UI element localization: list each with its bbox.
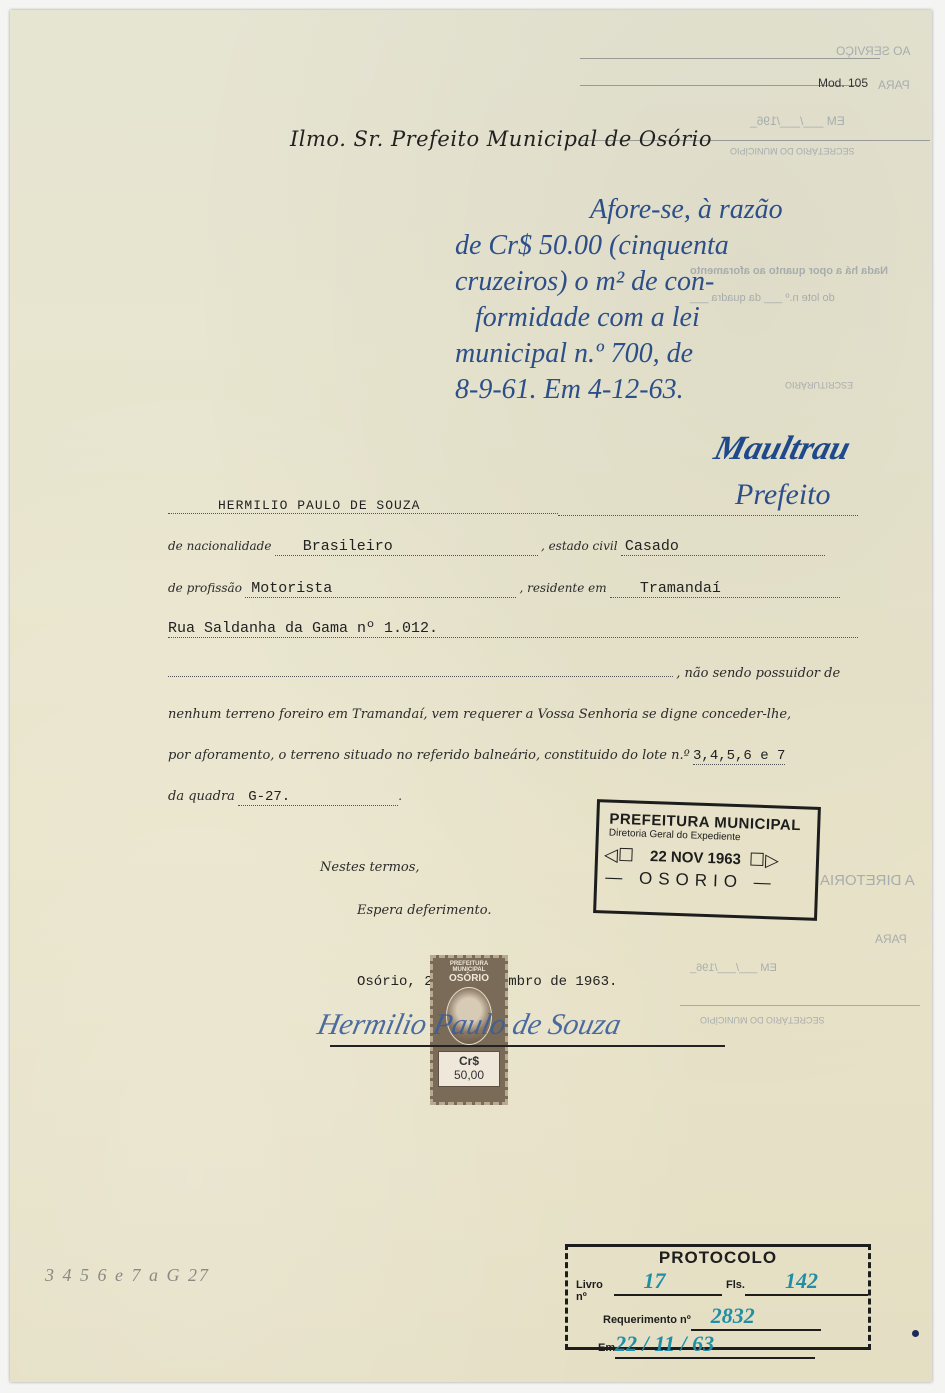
body-line-3: por aforamento, o terreno situado no ref… — [168, 747, 888, 764]
bleed-divider — [680, 1005, 920, 1006]
bleed-stamp-lower-4: SECRETÁRIO DO MUNICÍPIO — [700, 1015, 825, 1025]
pencil-note: 3 4 5 6 e 7 a G 27 — [45, 1265, 210, 1286]
mayor-dispatch: Afore-se, à razão de Cr$ 50.00 (cinquent… — [455, 192, 925, 408]
block-value: G-27. — [238, 789, 398, 806]
protocol-stamp: PROTOCOLO Livro nº 17 Fls. 142 Requerime… — [565, 1244, 871, 1350]
ink-dot — [912, 1330, 919, 1337]
profession-value: Motorista — [245, 580, 516, 598]
protocol-date-value: 22 / 11 / 63 — [615, 1331, 815, 1359]
bleed-line-3: EM ___/___/196_ — [750, 114, 845, 128]
bleed-line-4: SECRETÁRIO DO MUNICÍPIO — [730, 146, 855, 156]
nationality-label: de nacionalidade — [168, 539, 271, 553]
protocol-date-row: Em 22 / 11 / 63 — [598, 1331, 868, 1359]
receipt-stamp: PREFEITURA MUNICIPAL Diretoria Geral do … — [593, 799, 821, 921]
closing-terms: Nestes termos, — [320, 860, 420, 875]
protocol-book-label: Livro nº — [576, 1279, 614, 1303]
civil-status-value: Casado — [621, 538, 825, 556]
dispatch-line: formidade com a lei — [455, 300, 925, 336]
applicant-name: HERMILIO PAULO DE SOUZA — [168, 498, 558, 514]
signature-line — [330, 1045, 725, 1047]
name-line-extension — [558, 515, 858, 516]
mayor-signature: Maultrau — [710, 430, 854, 468]
protocol-page-value: 142 — [745, 1268, 868, 1296]
protocol-request-label: Requerimento nº — [603, 1314, 691, 1326]
body-line-3-text: por aforamento, o terreno situado no ref… — [168, 748, 690, 763]
residence-value: Tramandaí — [610, 580, 840, 598]
applicant-signature: Hermilio Paulo de Souza — [314, 1008, 624, 1042]
dispatch-line: 8-9-61. Em 4-12-63. — [455, 372, 925, 408]
address-row: Rua Saldanha da Gama nº 1.012. — [168, 620, 858, 638]
block-row: da quadra G-27.. — [168, 788, 402, 806]
protocol-title: PROTOCOLO — [568, 1248, 868, 1268]
profession-label: de profissão — [168, 581, 242, 595]
bleed-line-1: AO SERVIÇO — [836, 44, 910, 58]
lot-numbers: 3,4,5,6 e 7 — [693, 748, 785, 765]
mayor-title: Prefeito — [735, 478, 831, 512]
form-model-number: Mod. 105 — [818, 76, 868, 90]
bleed-stamp-lower-1: A DIRETORIA — [820, 872, 915, 889]
tax-stamp-city: OSÓRIO — [433, 973, 505, 984]
tax-stamp-value: 50,00 — [439, 1068, 499, 1082]
nationality-row: de nacionalidade Brasileiro , estado civ… — [168, 538, 858, 556]
right-arrow-icon: ☐▷ — [749, 849, 780, 871]
dispatch-line: cruzeiros) o m² de con- — [455, 264, 925, 300]
address-value: Rua Saldanha da Gama nº 1.012. — [168, 620, 858, 638]
dispatch-line: Afore-se, à razão — [455, 192, 925, 228]
bleed-stamp-lower-2: PARA — [875, 932, 907, 946]
civil-status-label: , estado civil — [541, 539, 618, 553]
protocol-request-value: 2832 — [691, 1303, 821, 1331]
nationality-value: Brasileiro — [275, 538, 538, 556]
residence-label: , residente em — [519, 581, 606, 595]
applicant-name-row: HERMILIO PAULO DE SOUZA — [168, 498, 558, 514]
protocol-book-value: 17 — [614, 1268, 722, 1296]
salutation: Ilmo. Sr. Prefeito Municipal de Osório — [290, 127, 712, 151]
protocol-page-label: Fls. — [726, 1279, 745, 1291]
bleed-line-2: PARA — [878, 78, 910, 92]
left-arrow-icon: ◁☐ — [604, 844, 635, 866]
tax-stamp-header: PREFEITURA MUNICIPAL — [433, 961, 505, 973]
receipt-stamp-date: 22 NOV 1963 — [650, 848, 741, 868]
protocol-book-row: Livro nº 17 Fls. 142 — [576, 1268, 868, 1303]
block-label: da quadra — [168, 789, 235, 804]
dispatch-line: de Cr$ 50.00 (cinquenta — [455, 228, 925, 264]
body-line-1: , não sendo possuidor de — [168, 664, 858, 681]
closing-request: Espera deferimento. — [357, 903, 492, 918]
tax-stamp-value-box: Cr$ 50,00 — [438, 1051, 500, 1087]
tax-stamp-currency: Cr$ — [439, 1054, 499, 1068]
protocol-request-row: Requerimento nº 2832 — [603, 1303, 868, 1331]
body-line-2-text: nenhum terreno foreiro em Tramandaí, vem… — [168, 707, 791, 722]
profession-row: de profissão Motorista , residente em Tr… — [168, 580, 858, 598]
bleed-stamp-lower-3: EM ___/___/196_ — [690, 962, 777, 974]
dispatch-line: municipal n.º 700, de — [455, 336, 925, 372]
body-line-1-text: , não sendo possuidor de — [676, 666, 840, 681]
body-line-2: nenhum terreno foreiro em Tramandaí, vem… — [168, 706, 888, 722]
protocol-date-label: Em — [598, 1342, 615, 1354]
